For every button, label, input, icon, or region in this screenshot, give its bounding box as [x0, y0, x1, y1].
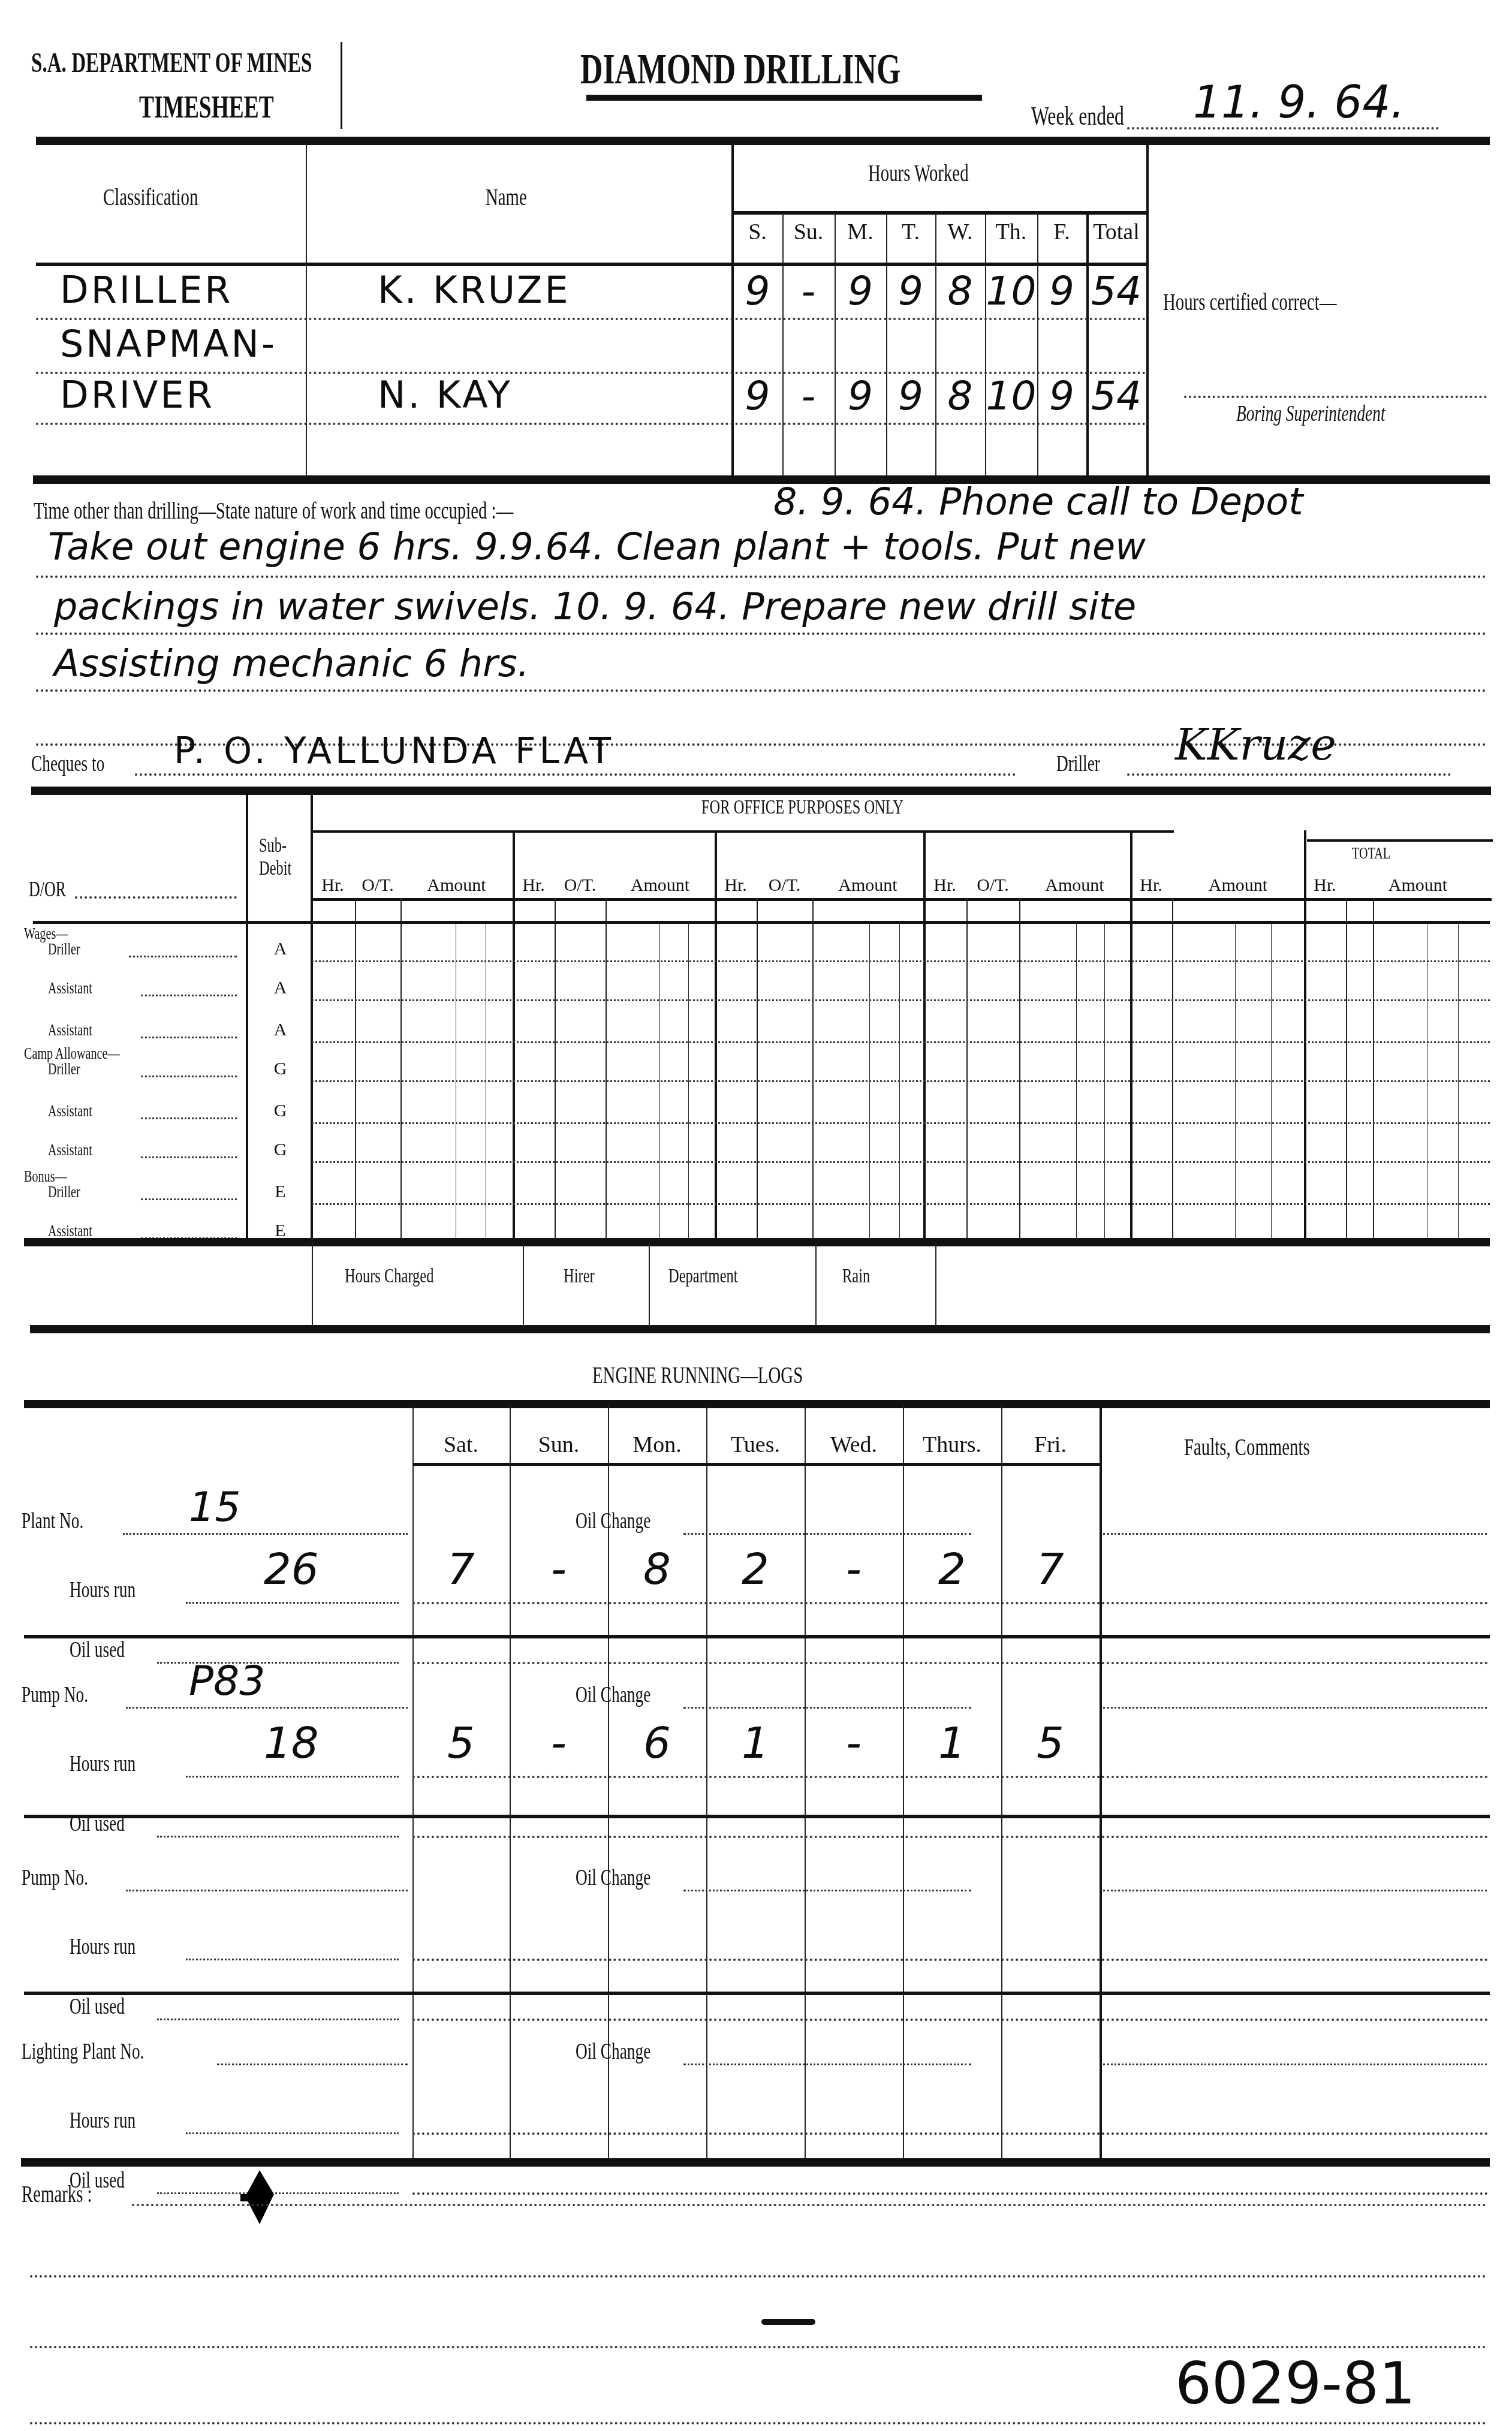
row-rule — [312, 960, 1490, 962]
office-col-header: Hr. — [923, 875, 966, 896]
col-divider — [812, 898, 814, 1238]
col-divider — [886, 213, 887, 477]
hours-run-cell[interactable]: 8 — [608, 1544, 706, 1594]
office-col-header: Hr. — [1130, 875, 1172, 896]
oil-used-label: Oil used — [70, 1993, 125, 2020]
leader-dots — [186, 1776, 399, 1778]
hours-run-label: Hours run — [70, 2107, 135, 2134]
col-divider — [966, 898, 968, 1238]
col-divider — [355, 898, 356, 1238]
col-divider — [1373, 898, 1374, 1238]
number-line — [217, 2064, 408, 2065]
day-header: T. — [886, 219, 935, 245]
hours-run-total[interactable]: 18 — [264, 1718, 319, 1768]
engine-day-header: Fri. — [1001, 1432, 1100, 1458]
other-time-label: Time other than drilling—State nature of… — [34, 496, 513, 525]
leader-dots — [186, 2132, 399, 2134]
crew-header-rule — [36, 263, 1146, 266]
remarks-label: Remarks : — [22, 2180, 92, 2208]
section-rule — [24, 1992, 1490, 1995]
leader-dots — [141, 1156, 237, 1158]
leader-dots — [141, 1117, 237, 1119]
engine-section-label: Plant No. — [22, 1508, 83, 1534]
diamond-marker-icon — [237, 2170, 279, 2224]
leader-dots — [157, 1836, 399, 1837]
office-row-label: Assistant — [48, 979, 92, 998]
col-divider — [400, 898, 402, 1238]
subdebit-label: Sub-Debit — [259, 835, 294, 880]
row-rule — [412, 2132, 1489, 2135]
name-header: Name — [486, 183, 527, 211]
day-header-rule — [412, 1463, 1100, 1466]
col-divider — [555, 898, 556, 1238]
office-row-label: Driller — [48, 1060, 80, 1079]
row-rule — [412, 1602, 1489, 1604]
engine-number[interactable]: P83 — [189, 1658, 266, 1705]
col-divider — [312, 1242, 313, 1326]
crew-hours-cell[interactable]: 8 — [935, 268, 985, 314]
office-rule — [311, 830, 1174, 833]
number-line — [123, 1533, 408, 1535]
engine-day-header: Sat. — [412, 1432, 510, 1458]
remarks-line-3[interactable] — [30, 2346, 1487, 2348]
row-rule — [312, 1161, 1490, 1163]
remarks-line-1[interactable] — [132, 2204, 1487, 2206]
col-divider — [1019, 898, 1020, 1238]
day-header: W. — [935, 219, 985, 245]
col-divider — [903, 1406, 904, 2158]
section-rule — [24, 1238, 1490, 1246]
col-divider — [835, 213, 836, 477]
crew-hours-cell[interactable]: 9 — [835, 373, 886, 419]
office-col-header: O/T. — [966, 875, 1019, 896]
office-rule — [1307, 839, 1493, 842]
col-divider — [805, 1406, 806, 2158]
row-rule — [412, 1662, 1489, 1664]
col-divider — [306, 141, 307, 477]
crew-hours-cell[interactable]: 9 — [886, 268, 935, 314]
leader-dots — [141, 1198, 237, 1200]
superintendent-signature-line — [1184, 396, 1487, 398]
col-divider — [246, 791, 248, 1244]
leader-dots — [186, 1959, 399, 1960]
col-divider — [510, 1406, 511, 2158]
leader-dots — [141, 1037, 237, 1038]
hours-run-cell[interactable]: - — [510, 1718, 608, 1768]
oil-used-label: Oil used — [70, 1637, 125, 1663]
ink-mark — [761, 2319, 815, 2325]
section-rule — [31, 787, 1491, 795]
office-row-label: Assistant — [48, 1102, 92, 1121]
total-divider — [1086, 213, 1089, 477]
sheet-type: TIMESHEET — [139, 90, 274, 125]
header-divider — [341, 42, 342, 129]
col-divider — [935, 1242, 936, 1326]
office-col-header: Hr. — [513, 875, 555, 896]
section-rule — [36, 137, 1490, 145]
engine-day-header: Wed. — [805, 1432, 903, 1458]
dor-line — [75, 896, 237, 899]
oil-change-label: Oil Change — [576, 1508, 650, 1534]
office-header-rule — [33, 921, 1490, 924]
col-divider — [1037, 213, 1038, 477]
day-header: Total — [1086, 219, 1146, 245]
crew-hours-cell[interactable]: - — [782, 373, 835, 419]
hours-worked-header: Hours Worked — [868, 159, 969, 187]
row-rule — [412, 2192, 1489, 2195]
engine-day-header: Sun. — [510, 1432, 608, 1458]
oil-change-label: Oil Change — [576, 1864, 650, 1891]
week-ended-label: Week ended — [1031, 101, 1124, 131]
row-rule — [412, 2019, 1489, 2021]
engine-section-label: Lighting Plant No. — [22, 2038, 144, 2065]
hours-run-cell[interactable]: 5 — [1001, 1718, 1100, 1768]
section-rule — [21, 2158, 1490, 2167]
crew-hours-cell[interactable]: 9 — [1037, 268, 1086, 314]
crew-name[interactable]: N. KAY — [378, 373, 513, 417]
office-row-code: G — [252, 1101, 309, 1121]
number-line — [126, 1707, 408, 1709]
charge-header: Hirer — [564, 1265, 595, 1288]
office-col-header: Amount — [1019, 875, 1130, 896]
office-title: FOR OFFICE PURPOSES ONLY — [701, 796, 903, 819]
engine-day-header: Thurs. — [903, 1432, 1001, 1458]
office-row-label: Driller — [48, 940, 80, 959]
engine-number[interactable]: 15 — [189, 1484, 241, 1531]
crew-hours-cell[interactable]: 9 — [733, 373, 782, 419]
day-header: F. — [1037, 219, 1086, 245]
col-divider — [1001, 1406, 1002, 2158]
comments-line[interactable] — [1103, 1533, 1487, 1535]
hours-run-cell[interactable]: 2 — [706, 1544, 805, 1594]
crew-hours-cell[interactable]: 9 — [1037, 373, 1086, 419]
leader-dots — [186, 1602, 399, 1604]
office-col-header: Hr. — [1304, 875, 1346, 896]
row-rule — [36, 423, 1146, 425]
hours-run-cell[interactable]: 6 — [608, 1718, 706, 1768]
col-divider — [782, 213, 784, 477]
row-rule — [312, 1041, 1490, 1043]
office-row-code: G — [252, 1140, 309, 1160]
col-divider — [606, 898, 607, 1238]
col-divider — [706, 1406, 707, 2158]
section-rule — [30, 1325, 1490, 1333]
hours-run-label: Hours run — [70, 1577, 135, 1603]
classification-header: Classification — [103, 183, 198, 211]
office-row-code: A — [252, 939, 309, 959]
remarks-line-2[interactable] — [30, 2275, 1487, 2278]
hours-run-cell[interactable]: - — [805, 1718, 903, 1768]
col-divider — [815, 1242, 817, 1326]
crew-hours-cell[interactable]: 54 — [1086, 373, 1146, 419]
office-col-header: Amount — [1172, 875, 1304, 896]
col-divider — [1146, 141, 1149, 477]
crew-hours-cell[interactable]: 10 — [985, 373, 1037, 419]
hours-run-cell[interactable]: - — [805, 1544, 903, 1594]
total-label: TOTAL — [1352, 844, 1390, 863]
col-divider — [311, 791, 313, 1244]
charge-header: Department — [668, 1265, 738, 1288]
charge-header: Hours Charged — [345, 1265, 433, 1288]
crew-classification[interactable]: DRIVER — [60, 373, 215, 417]
hours-run-cell[interactable]: 5 — [412, 1718, 510, 1768]
hours-run-label: Hours run — [70, 1751, 135, 1777]
hours-run-cell[interactable]: 7 — [412, 1544, 510, 1594]
oil-change-line[interactable] — [683, 2064, 971, 2065]
reference-number: 6029-81 — [1175, 2350, 1415, 2417]
office-row-code: E — [252, 1182, 309, 1202]
hours-run-label: Hours run — [70, 1933, 135, 1960]
col-divider — [1346, 898, 1347, 1238]
department-name: S.A. DEPARTMENT OF MINES — [31, 47, 312, 79]
office-col-header: O/T. — [555, 875, 606, 896]
charge-header: Rain — [842, 1265, 870, 1288]
driller-label: Driller — [1056, 751, 1100, 777]
other-time-line-1[interactable]: 8. 9. 64. Phone call to Depot — [773, 480, 1303, 523]
hours-run-cell[interactable]: 7 — [1001, 1544, 1100, 1594]
engine-logs-title: ENGINE RUNNING—LOGS — [592, 1361, 803, 1389]
office-col-header: O/T. — [355, 875, 400, 896]
other-time-line-4[interactable]: Assisting mechanic 6 hrs. — [54, 641, 529, 685]
office-col-header: Hr. — [311, 875, 355, 896]
crew-hours-cell[interactable]: 9 — [835, 268, 886, 314]
row-rule — [312, 1080, 1490, 1082]
hours-run-total[interactable]: 26 — [264, 1544, 319, 1594]
office-col-header: Amount — [606, 875, 715, 896]
crew-hours-cell[interactable]: 10 — [985, 268, 1037, 314]
crew-classification[interactable]: DRILLER — [60, 268, 233, 312]
other-time-line-2[interactable]: Take out engine 6 hrs. 9.9.64. Clean pla… — [48, 525, 1146, 568]
office-row-code: A — [252, 978, 309, 998]
office-row-label: Driller — [48, 1183, 80, 1202]
row-rule — [36, 318, 1146, 320]
engine-section-label: Pump No. — [22, 1682, 88, 1708]
title-underline — [586, 95, 982, 101]
number-line — [126, 1890, 408, 1891]
hours-certified-label: Hours certified correct— — [1163, 288, 1336, 316]
row-rule — [312, 1203, 1490, 1205]
col-divider — [412, 1406, 414, 2158]
day-header: Th. — [985, 219, 1037, 245]
comments-header: Faults, Comments — [1184, 1433, 1310, 1461]
office-row-label: Assistant — [48, 1021, 92, 1040]
office-col-header: Amount — [400, 875, 513, 896]
oil-change-line[interactable] — [683, 1890, 971, 1891]
other-time-line-3[interactable]: packings in water swivels. 10. 9. 64. Pr… — [54, 585, 1136, 628]
form-title: DIAMOND DRILLING — [580, 44, 900, 94]
row-rule — [412, 1776, 1489, 1778]
rule-line — [36, 689, 1487, 692]
crew-name[interactable]: K. KRUZE — [378, 268, 571, 312]
office-col-header: Amount — [812, 875, 923, 896]
cheques-line — [135, 773, 1016, 776]
cheques-value[interactable]: P. O. YALLUNDA FLAT — [174, 730, 615, 772]
oil-change-line[interactable] — [683, 1533, 971, 1535]
col-divider — [1172, 898, 1173, 1238]
office-row-code: G — [252, 1059, 309, 1079]
section-rule — [24, 1635, 1490, 1638]
hours-run-cell[interactable]: 2 — [903, 1544, 1001, 1594]
rule-line — [36, 576, 1487, 578]
col-divider — [985, 213, 986, 477]
day-header: M. — [835, 219, 886, 245]
hours-header-rule — [731, 211, 1146, 215]
col-divider — [757, 898, 758, 1238]
oil-change-label: Oil Change — [576, 1682, 650, 1708]
crew-hours-cell[interactable]: 9 — [886, 373, 935, 419]
office-row-label: Assistant — [48, 1141, 92, 1160]
row-rule — [312, 1122, 1490, 1124]
oil-change-line[interactable] — [683, 1707, 971, 1709]
col-divider — [1100, 1406, 1102, 2158]
hours-run-cell[interactable]: 1 — [706, 1718, 805, 1768]
day-header: Su. — [782, 219, 835, 245]
engine-day-header: Mon. — [608, 1432, 706, 1458]
office-subheader-rule — [311, 898, 1492, 901]
dor-label: D/OR — [29, 876, 66, 902]
remarks-line-4[interactable] — [30, 2422, 1487, 2424]
oil-change-label: Oil Change — [576, 2038, 650, 2065]
crew-hours-cell[interactable]: 8 — [935, 373, 985, 419]
engine-section-label: Pump No. — [22, 1864, 88, 1891]
leader-dots — [141, 1076, 237, 1077]
row-rule — [312, 999, 1490, 1001]
col-divider — [935, 213, 936, 477]
week-ended-value[interactable]: 11. 9. 64. — [1193, 77, 1405, 128]
row-rule — [412, 1836, 1489, 1838]
engine-day-header: Tues. — [706, 1432, 805, 1458]
crew-hours-cell[interactable]: - — [782, 268, 835, 314]
rule-line — [36, 632, 1487, 635]
hours-run-cell[interactable]: - — [510, 1544, 608, 1594]
crew-hours-cell[interactable]: 9 — [733, 268, 782, 314]
office-col-header: Amount — [1346, 875, 1490, 896]
comments-line[interactable] — [1103, 2064, 1487, 2065]
comments-line[interactable] — [1103, 1890, 1487, 1891]
cheques-label: Cheques to — [31, 751, 104, 777]
col-divider — [649, 1242, 650, 1326]
office-col-header: O/T. — [757, 875, 812, 896]
hours-run-cell[interactable]: 1 — [903, 1718, 1001, 1768]
col-divider — [523, 1242, 524, 1326]
crew-hours-cell[interactable]: 54 — [1086, 268, 1146, 314]
driller-signature[interactable]: KKruze — [1175, 719, 1336, 770]
leader-dots — [141, 995, 237, 996]
section-rule — [24, 1400, 1490, 1408]
office-row-code: A — [252, 1020, 309, 1040]
crew-classification[interactable]: SNAPMAN- — [60, 322, 277, 366]
driller-signature-line — [1127, 773, 1451, 776]
comments-line[interactable] — [1103, 1707, 1487, 1709]
office-col-header: Hr. — [715, 875, 757, 896]
leader-dots — [157, 2019, 399, 2020]
superintendent-label: Boring Superintendent — [1236, 400, 1385, 427]
day-header: S. — [733, 219, 782, 245]
row-rule — [412, 1959, 1489, 1961]
leader-dots — [129, 956, 237, 957]
section-rule — [24, 1815, 1490, 1818]
